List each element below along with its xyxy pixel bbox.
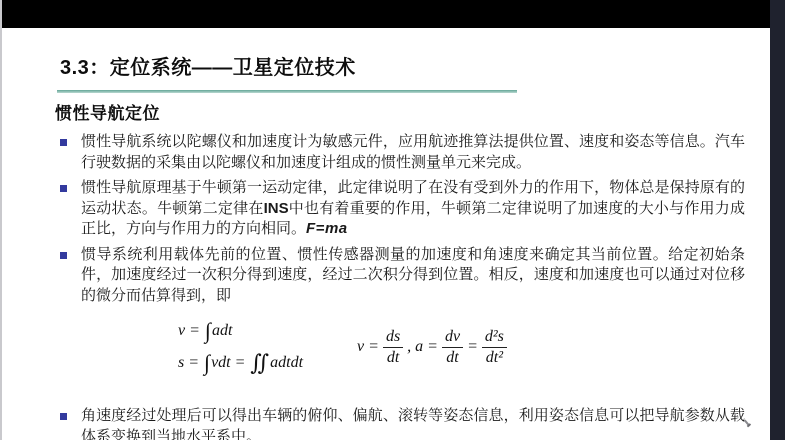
presentation-screen: 3.3：定位系统——卫星定位技术 惯性导航定位 惯性导航系统以陀螺仪和加速度计为… (0, 0, 785, 440)
fraction-numerator: d²s (482, 328, 507, 348)
fraction-numerator: ds (383, 328, 403, 348)
bullet-square-icon (60, 139, 67, 146)
integral-formulas: v = ∫adt s = ∫vdt = ∬adtdt (178, 318, 303, 376)
title-underline-rule (57, 90, 517, 93)
formula-block: v = ∫adt s = ∫vdt = ∬adtdt v = dsdt , a … (178, 315, 770, 379)
fraction-denominator: dt (442, 348, 463, 367)
bullet-item-4: 角速度经过处理后可以得出车辆的俯仰、偏航、滚转等姿态信息，利用姿态信息可以把导航… (58, 406, 745, 440)
formula-mid: , a = (407, 338, 438, 356)
slide-title: 3.3：定位系统——卫星定位技术 (60, 51, 770, 80)
bullet-list-bottom: 角速度经过处理后可以得出车辆的俯仰、偏航、滚转等姿态信息，利用姿态信息可以把导航… (2, 406, 770, 440)
bullet-list: 惯性导航系统以陀螺仪和加速度计为敏感元件，应用航迹推算法提供位置、速度和姿态等信… (2, 132, 770, 306)
bullet-item-2: 惯性导航原理基于牛顿第一运动定律，此定律说明了在没有受到外力的作用下，物体总是保… (58, 178, 745, 240)
bullet-square-icon (60, 413, 67, 420)
formula-mid: vdt (211, 354, 231, 371)
bullet-item-3: 惯导系统利用载体先前的位置、惯性传感器测量的加速度和角速度来确定其当前位置。给定… (58, 245, 745, 307)
integral-sign-icon: ∫ (204, 318, 212, 343)
bullet-text-3: 惯导系统利用载体先前的位置、惯性传感器测量的加速度和角速度来确定其当前位置。给定… (81, 245, 745, 307)
fraction-d2s-dt2: d²sdt² (482, 328, 507, 366)
formula-lhs: v = (357, 338, 379, 356)
fraction-ds-dt: dsdt (383, 328, 403, 366)
bullet-square-icon (60, 185, 67, 192)
equals-sign: = (235, 354, 246, 371)
fraction-denominator: dt² (482, 348, 507, 367)
formula-rhs: adt (212, 322, 232, 339)
bullet-text-2: 惯性导航原理基于牛顿第一运动定律，此定律说明了在没有受到外力的作用下，物体总是保… (81, 178, 745, 240)
bullet2-ins-term: INS (264, 200, 289, 217)
right-dark-sidebar-strip (770, 0, 785, 440)
bullet-text-4: 角速度经过处理后可以得出车辆的俯仰、偏航、滚转等姿态信息，利用姿态信息可以把导航… (81, 406, 745, 440)
bullet-item-1: 惯性导航系统以陀螺仪和加速度计为敏感元件，应用航迹推算法提供位置、速度和姿态等信… (58, 132, 745, 173)
slide-canvas: 3.3：定位系统——卫星定位技术 惯性导航定位 惯性导航系统以陀螺仪和加速度计为… (2, 28, 770, 440)
formula-rhs: adtdt (270, 354, 303, 371)
double-integral-sign-icon: ∬ (249, 350, 270, 375)
derivative-formulas: v = dsdt , a = dvdt = d²sdt² (357, 328, 511, 366)
integral-sign-icon: ∫ (203, 350, 211, 375)
fraction-dv-dt: dvdt (442, 328, 463, 366)
bullet-square-icon (60, 252, 67, 259)
formula-velocity-integral: v = ∫adt (178, 318, 303, 344)
bullet2-formula-fma: F=ma (306, 220, 348, 237)
top-black-bar (0, 0, 770, 28)
bullet-text-1: 惯性导航系统以陀螺仪和加速度计为敏感元件，应用航迹推算法提供位置、速度和姿态等信… (81, 132, 745, 173)
formula-lhs: v = (178, 322, 200, 339)
fraction-numerator: dv (442, 328, 463, 348)
fraction-denominator: dt (383, 348, 403, 367)
formula-lhs: s = (178, 354, 199, 371)
section-heading: 惯性导航定位 (55, 99, 770, 124)
formula-displacement-integral: s = ∫vdt = ∬adtdt (178, 350, 303, 376)
equals-sign: = (467, 338, 478, 356)
